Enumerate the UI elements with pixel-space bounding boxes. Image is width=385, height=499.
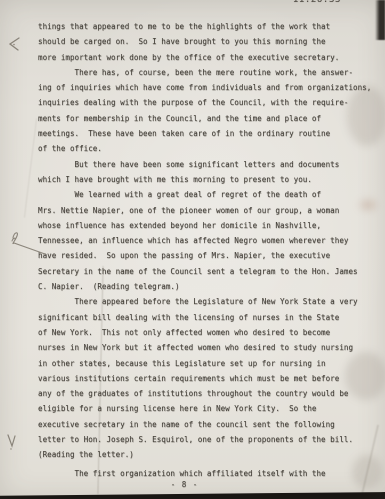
document-line: have resided. So upon the passing of Mrs… — [38, 248, 371, 263]
document-line: Tennessee, an influence which has affect… — [38, 233, 371, 248]
scan-smudge — [347, 86, 385, 146]
document-line: of the office. — [38, 141, 371, 156]
document-line: which I have brought with me this mornin… — [38, 172, 371, 187]
document-line: But there have been some significant let… — [38, 157, 371, 172]
scan-smudge — [345, 352, 385, 400]
document-line: various institutions certain requirement… — [38, 371, 371, 386]
document-line: executive secretary in the name of the c… — [38, 417, 371, 432]
pencil-angle-check-mark-icon — [5, 35, 23, 53]
document-line: ing of inquiries which have come from in… — [38, 80, 371, 95]
document-line: There appeared before the Legislature of… — [38, 294, 371, 309]
document-line: Secretary in the name of the Council sen… — [38, 264, 371, 279]
document-lines: things that appeared to me to be the hig… — [38, 19, 371, 481]
paper-crease-left — [24, 118, 37, 217]
document-line: letter to Hon. Joseph S. Esquirol, one o… — [38, 432, 371, 447]
scan-edge-corner — [375, 0, 385, 40]
document-line: C. Napier. (Reading telegram.) — [38, 279, 371, 294]
document-line: nurses in New York but it affected women… — [38, 340, 371, 355]
document-line: whose influence has extended beyond her … — [38, 218, 371, 233]
scan-smudge — [352, 455, 382, 489]
date-stamp: 11.26.33 — [293, 0, 341, 5]
paper-stain — [360, 200, 376, 210]
document-line: in other states, because this Legislatur… — [38, 356, 371, 371]
document-line: eligible for a nursing license here in N… — [38, 401, 371, 416]
document-line: Mrs. Nettie Napier, one of the pioneer w… — [38, 203, 371, 218]
document-line: inquiries dealing with the purpose of th… — [38, 95, 371, 110]
document-line: significant bill dealing with the licens… — [38, 310, 371, 325]
page-number: - 8 - — [0, 480, 377, 489]
pencil-v-check-mark-icon — [4, 432, 20, 452]
document-line: of New York. This not only affected wome… — [38, 325, 371, 340]
document-line: any of the graduates of institutions thr… — [38, 386, 371, 401]
document-line: meetings. These have been taken care of … — [38, 126, 371, 141]
document-line: should be carged on. So I have brought t… — [38, 34, 371, 49]
scan-edge-bar — [0, 492, 385, 499]
document-line: (Reading the letter.) — [38, 447, 371, 462]
document-line: things that appeared to me to be the hig… — [38, 19, 371, 34]
document-line: The first organization which affiliated … — [38, 466, 371, 481]
scanned-page: 11.26.33 things that appeared to me to b… — [0, 0, 385, 499]
document-line: There has, of course, been the mere rout… — [38, 65, 371, 80]
document-line: more important work done by the office o… — [38, 50, 371, 65]
document-line: ments for membership in the Council, and… — [38, 111, 371, 126]
document-line: We learned with a great deal of regret o… — [38, 187, 371, 202]
pencil-scribble-mark-icon — [4, 229, 50, 257]
